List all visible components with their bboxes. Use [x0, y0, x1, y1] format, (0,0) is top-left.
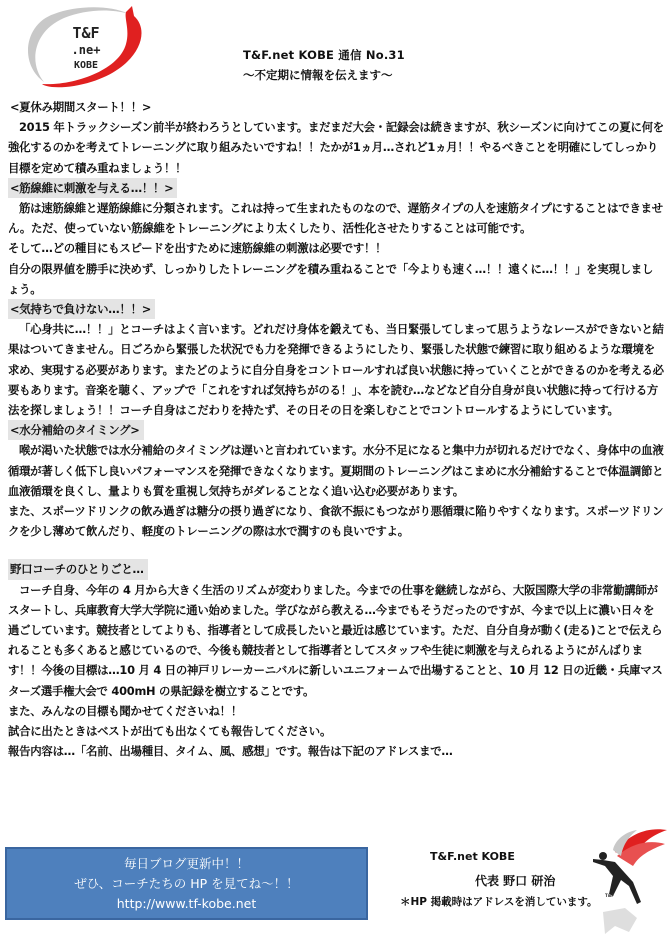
- section-heading: <筋線維に刺激を与える…！！>: [8, 178, 177, 198]
- signature-representative: 代表 野口 研治: [475, 872, 555, 889]
- section-summer-break: <夏休み期間スタート！！> 2015 年トラックシーズン前半が終わろうとしていま…: [8, 97, 664, 178]
- paragraph: 筋は速筋線維と遅筋線維に分類されます。これは持って生まれたものなので、遅筋タイプ…: [8, 198, 664, 238]
- section-coach-monologue: 野口コーチのひとりごと… コーチ自身、今年の 4 月から大きく生活のリズムが変わ…: [8, 559, 664, 761]
- paragraph: 試合に出たときはベストが出ても出なくても報告してください。: [8, 721, 664, 741]
- section-heading: <水分補給のタイミング>: [8, 420, 144, 440]
- paragraph: コーチ自身、今年の 4 月から大きく生活のリズムが変わりました。今までの仕事を継…: [8, 580, 664, 701]
- website-link[interactable]: http://www.tf-kobe.net: [7, 894, 366, 914]
- paragraph: また、みんなの目標も聞かせてくださいね！！: [8, 701, 664, 721]
- section-heading: <夏休み期間スタート！！>: [8, 97, 155, 117]
- newsletter-body: <夏休み期間スタート！！> 2015 年トラックシーズン前半が終わろうとしていま…: [8, 97, 664, 762]
- newsletter-header: T&F.net KOBE 通信 No.31 ～不定期に情報を伝えます～: [243, 45, 405, 85]
- tf-net-kobe-logo: T&F .ne+ KOBE: [14, 4, 164, 90]
- logo-swoosh-icon: T&F .ne+ KOBE: [14, 4, 164, 90]
- paragraph: 2015 年トラックシーズン前半が終わろうとしています。まだまだ大会・記録会は続…: [8, 117, 664, 178]
- section-mental-strength: <気持ちで負けない…！！> 「心身共に…！！」とコーチはよく言います。どれだけ身…: [8, 299, 664, 420]
- svg-text:.ne+: .ne+: [72, 43, 101, 57]
- section-muscle-fiber: <筋線維に刺激を与える…！！> 筋は速筋線維と遅筋線維に分類されます。これは持っ…: [8, 178, 664, 299]
- signature-note: ＊HP 掲載時はアドレスを消しています。: [400, 894, 597, 909]
- paragraph: 報告内容は…「名前、出場種目、タイム、風、感想」です。報告は下記のアドレスまで…: [8, 741, 664, 761]
- svg-text:T&F: T&F: [72, 24, 99, 42]
- newsletter-title: T&F.net KOBE 通信 No.31: [243, 45, 405, 65]
- spacer: [8, 541, 664, 559]
- winged-runner-icon: T&F: [585, 822, 667, 942]
- section-hydration-timing: <水分補給のタイミング> 喉が渇いた状態では水分補給のタイミングは遅いと言われて…: [8, 420, 664, 541]
- runner-illustration: T&F: [585, 822, 667, 942]
- section-heading: 野口コーチのひとりごと…: [8, 559, 148, 579]
- svg-text:T&F: T&F: [605, 893, 614, 898]
- blog-promo-line1: 毎日ブログ更新中！！: [7, 854, 366, 874]
- section-heading: <気持ちで負けない…！！>: [8, 299, 155, 319]
- newsletter-subtitle: ～不定期に情報を伝えます～: [243, 65, 405, 85]
- paragraph: 自分の限界値を勝手に決めず、しっかりしたトレーニングを積み重ねることで「今よりも…: [8, 259, 664, 299]
- paragraph: 喉が渇いた状態では水分補給のタイミングは遅いと言われています。水分不足になると集…: [8, 440, 664, 501]
- paragraph: また、スポーツドリンクの飲み過ぎは糖分の摂り過ぎになり、食欲不振にもつながり悪循…: [8, 501, 664, 541]
- blog-promo-box: 毎日ブログ更新中！！ ぜひ、コーチたちの HP を見てね～！！ http://w…: [5, 847, 368, 920]
- paragraph: 「心身共に…！！」とコーチはよく言います。どれだけ身体を鍛えても、当日緊張してし…: [8, 319, 664, 420]
- paragraph: そして…どの種目にもスピードを出すために速筋線維の刺激は必要です！！: [8, 238, 664, 258]
- svg-text:KOBE: KOBE: [74, 60, 98, 71]
- signature-org: T&F.net KOBE: [430, 850, 515, 863]
- blog-promo-line2: ぜひ、コーチたちの HP を見てね～！！: [7, 874, 366, 894]
